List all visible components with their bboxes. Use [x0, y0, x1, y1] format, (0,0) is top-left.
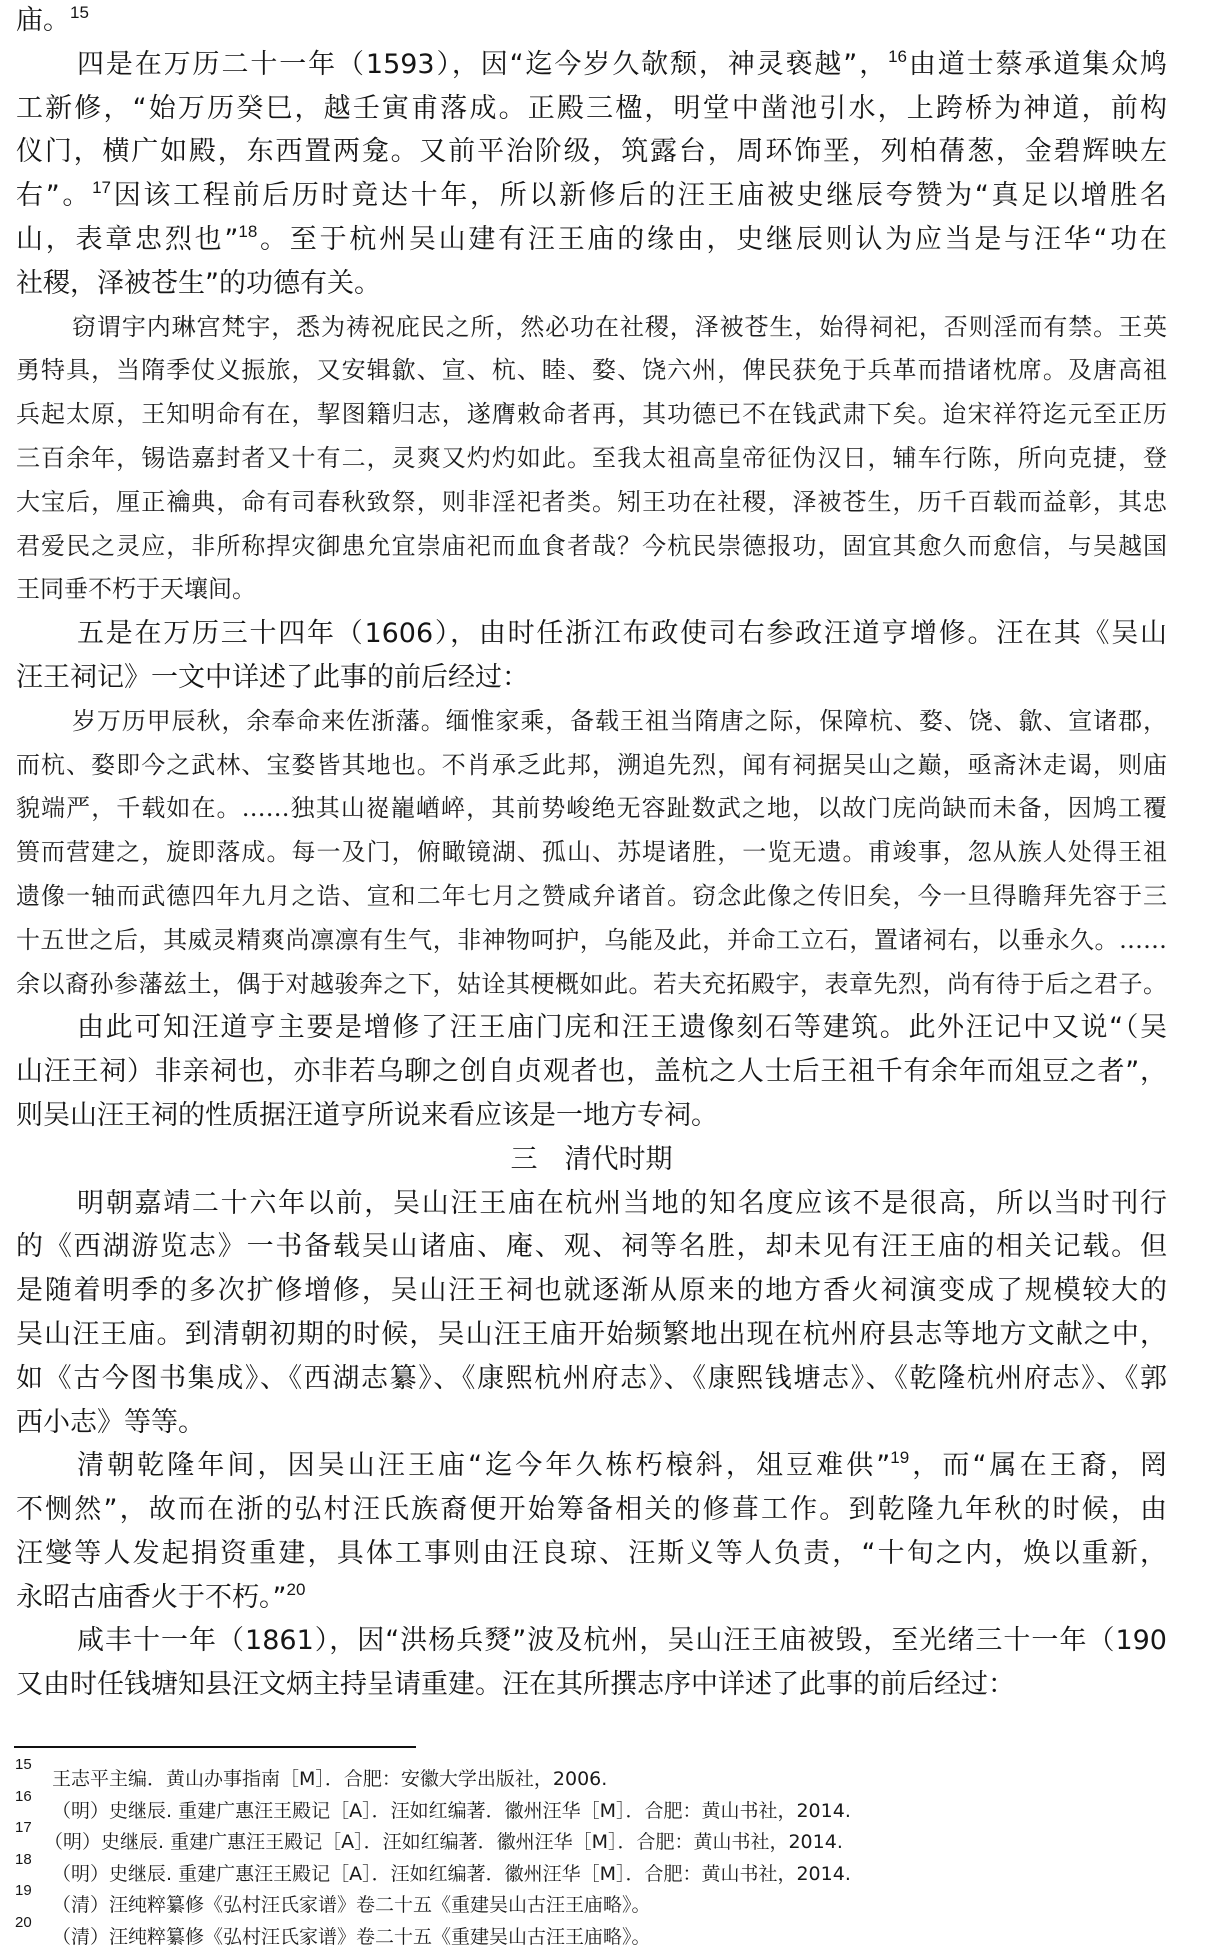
- footnote: 16 （明）史继辰. 重建广惠汪王殿记［A］．汪如红编著．徽州汪华［M］．合肥：…: [0, 1796, 1214, 1828]
- footnote: 18 （明）史继辰. 重建广惠汪王殿记［A］．汪如红编著．徽州汪华［M］．合肥：…: [0, 1859, 1214, 1891]
- text-line: 工新修，“始万历癸巳，越壬寅甫落成。正殿三楹，明堂中凿池引水，上跨桥为神道，前构: [16, 87, 1167, 131]
- footnotes: 15 王志平主编．黄山办事指南［M］．合肥：安徽大学出版社，2006. 16 （…: [0, 1764, 1214, 1948]
- footnote: 15 王志平主编．黄山办事指南［M］．合肥：安徽大学出版社，2006.: [0, 1764, 1214, 1796]
- text-segment: 因该工程前后历时竟达十年，所以新修后的汪王庙被史继辰夸赞为“真足以增胜名: [111, 180, 1167, 211]
- quote-line: 大宝后，厘正禴典，命有司春秋致祭，则非淫祀者类。矧王功在社稷，泽被苍生，历千百载…: [16, 481, 1167, 525]
- paragraph-first-line: 明朝嘉靖二十六年以前，吴山汪王庙在杭州当地的知名度应该不是很高，所以当时刊行: [16, 1182, 1167, 1226]
- document-page: 庙。15 四是在万历二十一年（1593），因“迄今岁久欹颓，神灵亵越”，16由道…: [0, 0, 1214, 1948]
- text-segment: 山，表章忠烈也”: [16, 224, 238, 255]
- text-segment: 清朝乾隆年间，因吴山汪王庙“迄今年久栋朽榱斜，俎豆难供”: [77, 1450, 890, 1481]
- text-line: 如《古今图书集成》、《西湖志纂》、《康熙杭州府志》、《康熙钱塘志》、《乾隆杭州府…: [16, 1357, 1167, 1401]
- text-line: 不恻然”，故而在浙的弘村汪氏族裔便开始筹备相关的修葺工作。到乾隆九年秋的时候，由: [16, 1488, 1167, 1532]
- footnote: 17 （明）史继辰. 重建广惠汪王殿记［A］．汪如红编著．徽州汪华［M］．合肥：…: [0, 1827, 1214, 1859]
- text-segment: 四是在万历二十一年（1593），因“迄今岁久欹颓，神灵亵越”，: [77, 49, 888, 80]
- footnote-number: 20: [15, 1913, 32, 1933]
- footnote-text: （清）汪纯粹纂修《弘村汪氏家谱》卷二十五《重建吴山古汪王庙略》。: [52, 1922, 651, 1948]
- quote-line: 貌端严，千载如在。……独其山嵸巃崷崪，其前势峻绝无容趾数武之地，以故门庑尚缺而未…: [16, 787, 1167, 831]
- paragraph-first-line: 清朝乾隆年间，因吴山汪王庙“迄今年久栋朽榱斜，俎豆难供”19，而“属在王裔，罔: [16, 1444, 1167, 1488]
- quote-line: 窃谓宇内琳宫梵宇，悉为祷祝庇民之所，然必功在社稷，泽被苍生，始得祠祀，否则淫而有…: [16, 306, 1167, 350]
- quote-line: 王同垂不朽于天壤间。: [16, 568, 1167, 612]
- text-line: 的《西湖游览志》一书备载吴山诸庙、庵、观、祠等名胜，却未见有汪王庙的相关记载。但: [16, 1225, 1167, 1269]
- text-line: 右”。17因该工程前后历时竟达十年，所以新修后的汪王庙被史继辰夸赞为“真足以增胜…: [16, 174, 1167, 218]
- footnote-text: （明）史继辰. 重建广惠汪王殿记［A］．汪如红编著．徽州汪华［M］．合肥：黄山书…: [52, 1859, 851, 1891]
- text-line: 汪王祠记》一文中详述了此事的前后经过：: [16, 656, 1167, 700]
- section-heading: 三 清代时期: [16, 1138, 1167, 1182]
- footnote: 19 （清）汪纯粹纂修《弘村汪氏家谱》卷二十五《重建吴山古汪王庙略》。: [0, 1890, 1214, 1922]
- text-segment: 右”。: [16, 180, 92, 211]
- text-line: 是随着明季的多次扩修增修，吴山汪王祠也就逐渐从原来的地方香火祠演变成了规模较大的: [16, 1269, 1167, 1313]
- quote-line: 十五世之后，其威灵精爽尚凛凛有生气，非神物呵护，乌能及此，并命工立石，置诸祠右，…: [16, 919, 1167, 963]
- footnote-ref: 17: [92, 178, 111, 197]
- text-segment: 由道士蔡承道集众鸠: [907, 49, 1167, 80]
- quote-line: 君爱民之灵应，非所称捍灾御患允宜崇庙祀而血食者哉？今杭民崇德报功，固宜其愈久而愈…: [16, 525, 1167, 569]
- text-segment: 庙。: [16, 5, 70, 36]
- footnote-number: 19: [15, 1881, 32, 1901]
- footnote-number: 18: [15, 1850, 32, 1870]
- body-text: 庙。15 四是在万历二十一年（1593），因“迄今岁久欹颓，神灵亵越”，16由道…: [16, 0, 1167, 1707]
- text-line: 吴山汪王庙。到清朝初期的时候，吴山汪王庙开始频繁地出现在杭州府县志等地方文献之中…: [16, 1313, 1167, 1357]
- text-line: 仪门，横广如殿，东西置两龛。又前平治阶级，筑露台，周环饰垩，列柏蒨葱，金碧辉映左: [16, 130, 1167, 174]
- footnote-text: （明）史继辰. 重建广惠汪王殿记［A］．汪如红编著．徽州汪华［M］．合肥：黄山书…: [52, 1796, 851, 1828]
- text-segment: 。至于杭州吴山建有汪王庙的缘由，史继辰则认为应当是与汪华“功在: [257, 224, 1167, 255]
- footnote-ref: 18: [238, 222, 257, 241]
- text-line: 山，表章忠烈也”18。至于杭州吴山建有汪王庙的缘由，史继辰则认为应当是与汪华“功…: [16, 218, 1167, 262]
- text-line: 又由时任钱塘知县汪文炳主持呈请重建。汪在其所撰志序中详述了此事的前后经过：: [16, 1663, 1167, 1707]
- footnote-number: 16: [15, 1787, 32, 1807]
- text-line: 则吴山汪王祠的性质据汪道亨所说来看应该是一地方专祠。: [16, 1094, 1167, 1138]
- quote-line: 兵起太原，王知明命有在，挈图籍归志，遂膺敕命者再，其功德已不在钱武肃下矣。迨宋祥…: [16, 393, 1167, 437]
- quote-line: 勇特具，当隋季仗义振旅，又安辑歙、宣、杭、睦、婺、饶六州，俾民获免于兵革而措诸枕…: [16, 349, 1167, 393]
- footnote: 20 （清）汪纯粹纂修《弘村汪氏家谱》卷二十五《重建吴山古汪王庙略》。: [0, 1922, 1214, 1948]
- footnote-number: 17: [15, 1818, 32, 1838]
- text-line: 汪燮等人发起捐资重建，具体工事则由汪良琼、汪斯义等人负责，“十旬之内，焕以重新，: [16, 1532, 1167, 1576]
- paragraph-first-line: 四是在万历二十一年（1593），因“迄今岁久欹颓，神灵亵越”，16由道士蔡承道集…: [16, 43, 1167, 87]
- text-line: 西小志》等等。: [16, 1401, 1167, 1445]
- footnote-number: 15: [15, 1755, 32, 1775]
- text-line: 社稷，泽被苍生”的功德有关。: [16, 262, 1167, 306]
- quote-line: 篑而营建之，旋即落成。每一及门，俯瞰镜湖、孤山、苏堤诸胜，一览无遗。甫竣事，忽从…: [16, 831, 1167, 875]
- paragraph-first-line: 咸丰十一年（1861），因“洪杨兵燹”波及杭州，吴山汪王庙被毁，至光绪三十一年（…: [16, 1619, 1167, 1663]
- footnote-text: （明）史继辰. 重建广惠汪王殿记［A］．汪如红编著．徽州汪华［M］．合肥：黄山书…: [44, 1827, 843, 1859]
- text-line: 山汪王祠）非亲祠也，亦非若乌聊之创自贞观者也，盖杭之人士后王祖千有余年而俎豆之者…: [16, 1050, 1167, 1094]
- quote-line: 三百余年，锡诰嘉封者又十有二，灵爽又灼灼如此。至我太祖高皇帝征伪汉日，辅车行陈，…: [16, 437, 1167, 481]
- quote-line: 而杭、婺即今之武林、宝婺皆其地也。不肖承乏此邦，溯追先烈，闻有祠据吴山之巅，亟斋…: [16, 744, 1167, 788]
- footnote-text: （清）汪纯粹纂修《弘村汪氏家谱》卷二十五《重建吴山古汪王庙略》。: [52, 1890, 651, 1922]
- footnote-ref: 16: [888, 47, 907, 66]
- footnote-ref: 15: [70, 3, 89, 22]
- footnote-text: 王志平主编．黄山办事指南［M］．合肥：安徽大学出版社，2006.: [52, 1764, 607, 1796]
- footnote-ref: 19: [890, 1448, 909, 1467]
- text-segment: 永昭古庙香火于不朽。”: [16, 1582, 287, 1613]
- footnote-ref: 20: [287, 1580, 306, 1599]
- paragraph-first-line: 五是在万历三十四年（1606），由时任浙江布政使司右参政汪道亨增修。汪在其《吴山: [16, 612, 1167, 656]
- footnote-separator: [14, 1746, 416, 1748]
- paragraph-first-line: 由此可知汪道亨主要是增修了汪王庙门庑和汪王遗像刻石等建筑。此外汪记中又说“（吴: [16, 1006, 1167, 1050]
- text-segment: ，而“属在王裔，罔: [909, 1450, 1167, 1481]
- quote-line: 遗像一轴而武德四年九月之诰、宣和二年七月之赞咸弁诸首。窃念此像之传旧矣，今一旦得…: [16, 875, 1167, 919]
- quote-line: 岁万历甲辰秋，余奉命来佐浙藩。缅惟家乘，备载王祖当隋唐之际，保障杭、婺、饶、歙、…: [16, 700, 1167, 744]
- text-line: 永昭古庙香火于不朽。”20: [16, 1576, 1167, 1620]
- quote-line: 余以裔孙参藩兹土，偶于对越骏奔之下，姑诠其梗概如此。若夫充拓殿宇，表章先烈，尚有…: [16, 963, 1167, 1007]
- text-line: 庙。15: [16, 0, 1167, 43]
